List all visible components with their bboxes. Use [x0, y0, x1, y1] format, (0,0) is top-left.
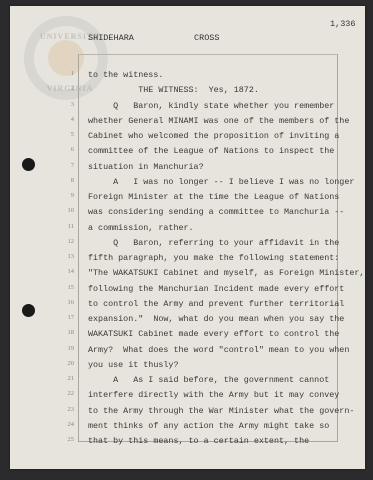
transcript-body: to the witness. THE WITNESS: Yes, 1872. …	[88, 68, 338, 449]
transcript-line: A As I said before, the government canno…	[88, 373, 338, 388]
line-number: 9	[62, 192, 74, 207]
transcript-line: WAKATSUKI Cabinet made every effort to c…	[88, 327, 338, 342]
line-number: 24	[62, 421, 74, 436]
witness-name-header: SHIDEHARA	[88, 33, 134, 43]
line-number: 15	[62, 284, 74, 299]
transcript-line: to the witness.	[88, 68, 338, 83]
transcript-line: Q Baron, kindly state whether you rememb…	[88, 99, 338, 114]
line-number: 25	[62, 436, 74, 451]
transcript-line: you use it thusly?	[88, 358, 338, 373]
line-number: 17	[62, 314, 74, 329]
line-number-column: 1 2 3 4 5 6 7 8 9 10 11 12 13 14 15 16 1…	[62, 70, 74, 451]
transcript-line: a commission, rather.	[88, 221, 338, 236]
transcript-line: was considering sending a committee to M…	[88, 205, 338, 220]
transcript-line: following the Manchurian Incident made e…	[88, 282, 338, 297]
transcript-line: that by this means, to a certain extent,…	[88, 434, 338, 449]
transcript-line: whether General MINAMI was one of the me…	[88, 114, 338, 129]
line-number: 5	[62, 131, 74, 146]
line-number: 20	[62, 360, 74, 375]
transcript-line: committee of the League of Nations to in…	[88, 144, 338, 159]
line-number: 22	[62, 390, 74, 405]
line-number: 8	[62, 177, 74, 192]
line-number: 7	[62, 162, 74, 177]
transcript-line: situation in Manchuria?	[88, 160, 338, 175]
transcript-line: Cabinet who welcomed the proposition of …	[88, 129, 338, 144]
line-number: 21	[62, 375, 74, 390]
punch-hole-top	[22, 158, 35, 171]
line-number: 14	[62, 268, 74, 283]
line-number: 11	[62, 223, 74, 238]
examination-type-header: CROSS	[194, 33, 220, 43]
transcript-line: expansion." Now, what do you mean when y…	[88, 312, 338, 327]
line-number: 16	[62, 299, 74, 314]
transcript-line: Foreign Minister at the time the League …	[88, 190, 338, 205]
document-page: UNIVERSITY VIRGINIA 1,336 SHIDEHARA CROS…	[10, 6, 365, 469]
line-number: 23	[62, 406, 74, 421]
punch-hole-bottom	[22, 304, 35, 317]
line-number: 12	[62, 238, 74, 253]
line-number: 4	[62, 116, 74, 131]
transcript-line: "The WAKATSUKI Cabinet and myself, as Fo…	[88, 266, 338, 281]
transcript-line: fifth paragraph, you make the following …	[88, 251, 338, 266]
transcript-line: ment thinks of any action the Army might…	[88, 419, 338, 434]
line-number: 2	[62, 85, 74, 100]
line-number: 1	[62, 70, 74, 85]
transcript-line: to control the Army and prevent further …	[88, 297, 338, 312]
transcript-line: A I was no longer -- I believe I was no …	[88, 175, 338, 190]
line-number: 10	[62, 207, 74, 222]
page-number: 1,336	[330, 19, 356, 29]
transcript-line: interfere directly with the Army but it …	[88, 388, 338, 403]
line-number: 3	[62, 101, 74, 116]
transcript-line: THE WITNESS: Yes, 1872.	[88, 83, 338, 98]
line-number: 19	[62, 345, 74, 360]
line-number: 13	[62, 253, 74, 268]
transcript-line: Q Baron, referring to your affidavit in …	[88, 236, 338, 251]
transcript-line: Army? What does the word "control" mean …	[88, 343, 338, 358]
line-number: 18	[62, 329, 74, 344]
line-number: 6	[62, 146, 74, 161]
transcript-line: to the Army through the War Minister wha…	[88, 404, 338, 419]
